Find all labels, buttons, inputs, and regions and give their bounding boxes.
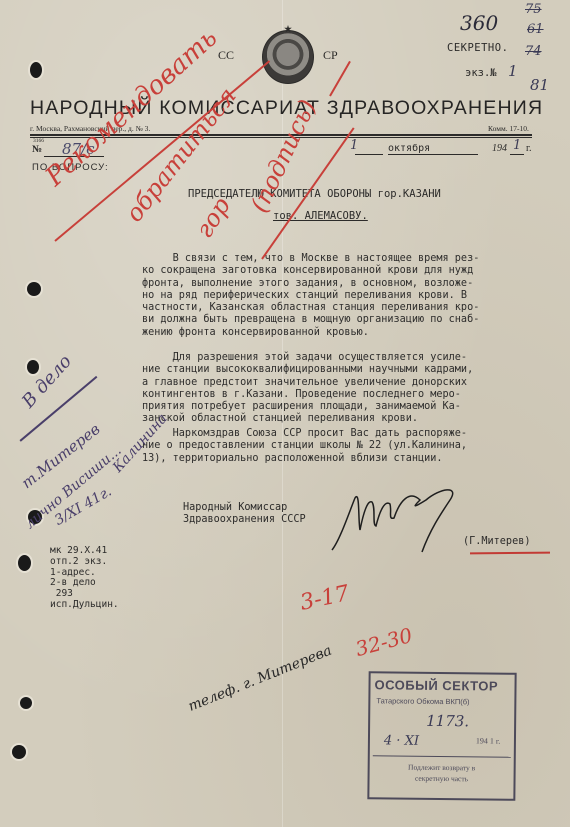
red-underline [470, 552, 550, 555]
punch-hole [12, 745, 26, 759]
special-sector-stamp: ОСОБЫЙ СЕКТОР Татарского Обкома ВКП(б) 1… [367, 671, 516, 801]
folio-number: 75 [525, 2, 542, 17]
date-year-prefix: 194 [492, 143, 507, 154]
secret-label: СЕКРЕТНО. [447, 42, 508, 54]
red-number: 3-17 [298, 581, 352, 616]
punch-hole [27, 282, 41, 296]
red-number: 32-30 [353, 623, 415, 661]
red-pencil-stroke [329, 61, 351, 97]
stamp-year: 194 1 г. [476, 736, 500, 745]
stamp-date: 4 · XI [384, 733, 419, 748]
copy-number: 1 [508, 62, 518, 80]
stamp-divider [373, 755, 511, 757]
date-underline [355, 154, 383, 155]
body-paragraph-3: Наркомздрав Союза ССР просит Вас дать ра… [142, 428, 467, 465]
folio-number: 74 [525, 44, 542, 59]
archive-number: 360 [460, 11, 498, 35]
folio-number: 81 [530, 76, 549, 94]
stamp-title: ОСОБЫЙ СЕКТОР [374, 677, 498, 693]
emblem-label-left: СС [218, 48, 234, 63]
letterhead-phone: Комм. 17-10. [488, 124, 529, 133]
signer-name: (Г.Митерев) [463, 536, 530, 547]
date-year-unit: г. [526, 143, 531, 154]
number-label: № [32, 144, 42, 155]
copy-label: экз.№ [465, 67, 497, 79]
black-handwritten-note: телеф. г. Митерева [186, 643, 334, 715]
punch-hole [18, 555, 31, 571]
purple-resolution-delo: В дело [18, 351, 76, 412]
stamp-number: 1173. [426, 712, 469, 730]
stamp-footer: Подлежит возврату в секретную часть [370, 761, 514, 785]
signatory-title: Народный Комиссар Здравоохранения СССР [183, 502, 306, 527]
handwritten-signature-icon [330, 480, 480, 570]
folio-number: 61 [527, 22, 544, 37]
addressee-line1: ПРЕДСЕДАТЕЛЮ КОМИТЕТА ОБОРОНЫ гор.КАЗАНИ [188, 188, 441, 200]
ussr-emblem-icon [262, 30, 314, 84]
body-paragraph-2: Для разрешения этой задачи осуществляетс… [142, 352, 473, 426]
date-underline [388, 154, 478, 155]
date-month: октября [388, 143, 430, 154]
filing-notes: мк 29.X.41 отп.2 экз. 1-адрес. 2-в дело … [50, 546, 119, 611]
punch-hole [30, 62, 42, 78]
date-underline [510, 154, 524, 155]
date-year-suffix: 1 [513, 138, 521, 153]
date-day: 1 [350, 138, 358, 153]
emblem-label-right: СР [323, 48, 338, 63]
body-paragraph-1: В связи с тем, что в Москве в настоящее … [142, 253, 479, 339]
punch-hole [27, 360, 39, 374]
stamp-subtitle: Татарского Обкома ВКП(б) [376, 696, 469, 706]
punch-hole [20, 697, 32, 709]
document-page: СС СР НАРОДНЫЙ КОМИССАРИАТ ЗДРАВООХРАНЕН… [0, 0, 570, 827]
